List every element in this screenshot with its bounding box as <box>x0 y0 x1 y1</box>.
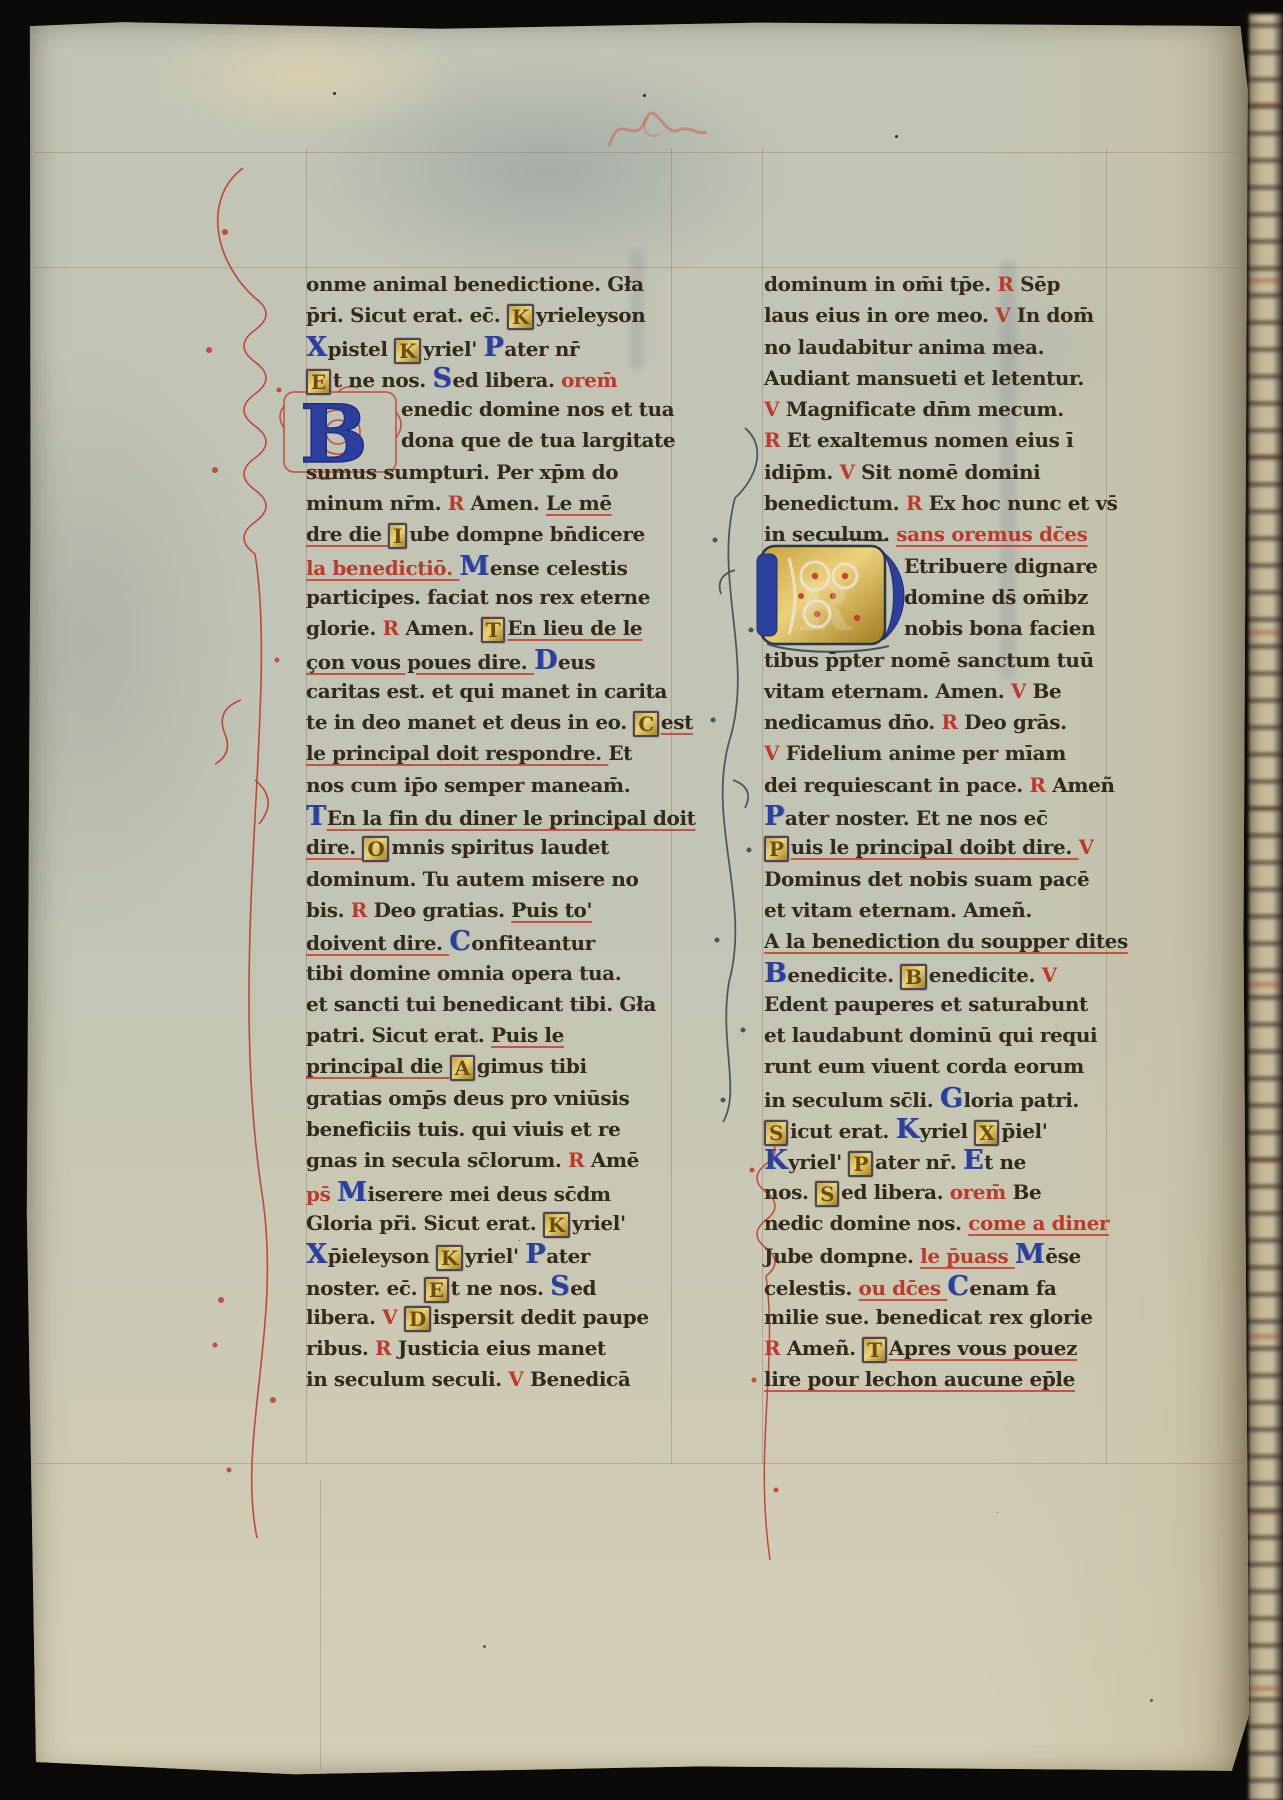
manuscript-text: dre die <box>306 522 388 546</box>
manuscript-text: in seculum sc̄li. <box>764 1088 940 1112</box>
gold-initial: E <box>424 1277 449 1303</box>
text-line: doivent dire. Confiteantur <box>306 926 678 957</box>
manuscript-text: et sancti tui benedicant tibi. Gła <box>306 992 656 1016</box>
manuscript-text: Dominus det nobis suam pacē <box>764 867 1089 891</box>
text-column-right: dominum in om̄i tp̄e. R Sēplaus eius in … <box>764 269 1116 1396</box>
gold-initial: P <box>848 1151 873 1177</box>
rubric-text: ps̄ <box>306 1182 337 1206</box>
next-leaf-fore-edge <box>1249 14 1283 1800</box>
manuscript-text: in seculum. <box>764 522 896 546</box>
manuscript-text: Benedicā <box>523 1367 630 1391</box>
text-line: Kyriel' Pater nr̄. Et ne <box>764 1145 1116 1176</box>
manuscript-text: ater nr̄. <box>875 1150 963 1174</box>
text-line: et vitam eternam. Ameñ. <box>764 895 1116 926</box>
gold-initial: K <box>394 338 421 364</box>
text-line: dre die Iube dompne bn̄dicere <box>306 519 678 550</box>
manuscript-text: noster. ec̄. <box>306 1276 424 1300</box>
text-line: Sicut erat. Kyriel Xp̄iel' <box>764 1114 1116 1145</box>
manuscript-text: libera. <box>306 1305 382 1329</box>
manuscript-text: ater nr̄ <box>504 337 579 361</box>
manuscript-text: pistel <box>328 337 395 361</box>
blue-initial: P <box>525 1239 545 1270</box>
manuscript-text: icut erat. <box>790 1119 896 1143</box>
cadel-stem <box>723 498 738 1122</box>
gold-initial: K <box>436 1245 463 1271</box>
text-line: Et ne nos. Sed libera. orem̄ <box>306 363 678 394</box>
manuscript-text: nos cum ip̄o semper maneam̄. <box>306 773 630 797</box>
text-line: TEn la fin du diner le principal doit <box>306 801 678 832</box>
manuscript-text: Amen. <box>399 616 481 640</box>
rubric-text: R <box>351 898 367 922</box>
manuscript-text: Et exaltemus nomen eius ī <box>780 428 1073 452</box>
manuscript-text: milie sue. benedicat rex glorie <box>764 1305 1093 1329</box>
rubric-text: V <box>764 741 779 765</box>
rubric-text: V <box>1011 679 1026 703</box>
rubric-text: V <box>1042 963 1057 987</box>
manuscript-text: eus <box>558 650 595 674</box>
text-line: Jube dompne. le p̄uass Mēse <box>764 1239 1116 1270</box>
text-line: domine ds̄ om̄ibz <box>764 582 1116 613</box>
text-line: R Et exaltemus nomen eius ī <box>764 425 1116 456</box>
rubric-text: V <box>995 303 1010 327</box>
gold-initial: C <box>633 711 659 737</box>
manuscript-text: Magnificate dn̄m mecum. <box>779 397 1064 421</box>
rubric-text: R <box>375 1336 391 1360</box>
manuscript-text: gnas in secula sc̄lorum. <box>306 1148 568 1172</box>
manuscript-text: caritas est. et qui manet in carita <box>306 679 667 703</box>
parchment-crease <box>320 1480 321 1770</box>
blue-initial: C <box>449 926 470 957</box>
gold-initial: S <box>764 1120 788 1146</box>
manuscript-text: doivent dire. <box>306 931 449 955</box>
gold-initial: E <box>306 369 331 395</box>
manuscript-text: çon vous poues dire. <box>306 650 534 674</box>
rubric-text: ou dc̄es <box>859 1276 948 1300</box>
text-line: Audiant mansueti et letentur. <box>764 363 1116 394</box>
red-chalk-stroke <box>609 113 707 146</box>
manuscript-text: t ne nos. <box>333 368 433 392</box>
manuscript-text: participes. faciat nos rex eterne <box>306 585 650 609</box>
manuscript-text: te in deo manet et deus in eo. <box>306 710 633 734</box>
manuscript-text: En la fin du diner le principal doit <box>327 806 696 830</box>
manuscript-text: Amen. <box>464 491 546 515</box>
blue-initial: M <box>337 1177 367 1208</box>
text-column-left: onme animal benedictione. Głap̄ri. Sicut… <box>306 269 678 1396</box>
manuscript-text: dominum in om̄i tp̄e. <box>764 272 997 296</box>
manuscript-text: Etribuere dignare <box>904 554 1098 578</box>
text-line: Gloria pr̄i. Sicut erat. Kyriel' <box>306 1208 678 1239</box>
manuscript-text: tibi domine omnia opera tua. <box>306 961 621 985</box>
text-line: Xp̄ieleyson Kyriel' Pater <box>306 1239 678 1270</box>
manuscript-text: beneficiis tuis. qui viuis et re <box>306 1117 620 1141</box>
rubric-text: R <box>997 272 1013 296</box>
manuscript-text: domine ds̄ om̄ibz <box>904 585 1088 609</box>
text-line: V Magnificate dn̄m mecum. <box>764 394 1116 425</box>
filigree-sprig <box>215 700 241 764</box>
text-line: in seculum sc̄li. Gloria patri. <box>764 1083 1116 1114</box>
manuscript-text: En lieu de le <box>507 616 642 640</box>
manuscript-text: Puis le <box>491 1023 564 1047</box>
manuscript-text: Deo grās. <box>958 710 1067 734</box>
text-line: Pater noster. Et ne nos ec̄ <box>764 801 1116 832</box>
text-line: enedic domine nos et tua <box>306 394 678 425</box>
manuscript-text: enedicite. <box>929 963 1042 987</box>
blue-initial: P <box>484 332 504 363</box>
manuscript-text: p̄ieleyson <box>328 1244 436 1268</box>
manuscript-text: Edent pauperes et saturabunt <box>764 992 1088 1016</box>
filigree-chain <box>244 298 266 554</box>
text-line: milie sue. benedicat rex glorie <box>764 1302 1116 1333</box>
cadel-hook <box>735 428 757 498</box>
rubric-text: sans oremus dc̄es <box>896 522 1087 546</box>
text-line: Benedicite. Benedicite. V <box>764 958 1116 989</box>
text-line: p̄ri. Sicut erat. ec̄. Kyrieleyson <box>306 300 678 331</box>
rubric-text: le p̄uass <box>920 1244 1015 1268</box>
rubric-text: R <box>764 428 780 452</box>
manuscript-text: Jube dompne. <box>764 1244 920 1268</box>
gold-initial: D <box>404 1306 431 1332</box>
manuscript-text: enam fa <box>969 1276 1056 1300</box>
manuscript-text: mnis spiritus laudet <box>391 835 609 859</box>
rubric-text: V <box>508 1367 523 1391</box>
manuscript-text: ater noster. Et ne nos ec̄ <box>785 806 1048 830</box>
text-line: in seculum seculi. V Benedicā <box>306 1364 678 1395</box>
text-line: dominum in om̄i tp̄e. R Sēp <box>764 269 1116 300</box>
blue-initial: K <box>764 1145 787 1176</box>
manuscript-text: et laudabunt dominū qui requi <box>764 1023 1097 1047</box>
text-line: minum nr̄m. R Amen. Le mē <box>306 488 678 519</box>
manuscript-text: idip̄m. <box>764 460 839 484</box>
rubric-text: orem̄ <box>561 368 617 392</box>
penwork-filigree-left <box>185 140 315 1570</box>
text-line: Dominus det nobis suam pacē <box>764 864 1116 895</box>
manuscript-text: gimus tibi <box>477 1054 587 1078</box>
gold-initial: A <box>450 1055 475 1081</box>
manuscript-text: vitam eternam. Amen. <box>764 679 1011 703</box>
manuscript-text: ribus. <box>306 1336 375 1360</box>
text-line: le principal doit respondre. Et <box>306 738 678 769</box>
cadel-leaf <box>720 570 735 594</box>
manuscript-text: dire. <box>306 835 362 859</box>
ink-speck <box>333 92 336 95</box>
rubric-text: R <box>383 616 399 640</box>
text-line: V Fidelium anime per mīam <box>764 738 1116 769</box>
manuscript-text: est <box>661 710 693 734</box>
text-line: lire pour lechon aucune ep̄le <box>764 1364 1116 1395</box>
gold-initial: K <box>543 1212 570 1238</box>
manuscript-text: lire pour lechon aucune ep̄le <box>764 1367 1075 1391</box>
manuscript-text: ēse <box>1045 1244 1081 1268</box>
manuscript-text: dei requiescant in pace. <box>764 773 1029 797</box>
manuscript-text: Deo gratias. <box>367 898 511 922</box>
manuscript-text: yriel <box>920 1119 975 1143</box>
text-line: nedic domine nos. come a diner <box>764 1208 1116 1239</box>
manuscript-text: enedic domine nos et tua <box>401 397 674 421</box>
manuscript-text: ater <box>546 1244 590 1268</box>
manuscript-text: p̄iel' <box>1001 1119 1047 1143</box>
manuscript-text: dona que de tua largitate <box>401 428 675 452</box>
blue-initial: S <box>550 1271 569 1302</box>
manuscript-text: yriel' <box>572 1211 626 1235</box>
manuscript-text: tibus p̄pter nomē sanctum tuū <box>764 648 1094 672</box>
manuscript-text: Apres vous pouez <box>889 1336 1077 1360</box>
text-line: patri. Sicut erat. Puis le <box>306 1020 678 1051</box>
text-line: runt eum viuent corda eorum <box>764 1051 1116 1082</box>
filigree-tail <box>249 554 267 1538</box>
manuscript-text: yrieleyson <box>536 303 646 327</box>
text-line: et sancti tui benedicant tibi. Gła <box>306 989 678 1020</box>
blue-initial: B <box>764 958 786 989</box>
rubric-text: V <box>382 1305 397 1329</box>
manuscript-text: ed libera. <box>841 1180 950 1204</box>
text-line: glorie. R Amen. TEn lieu de le <box>306 613 678 644</box>
manuscript-text: In dom̄ <box>1010 303 1094 327</box>
manuscript-text: Audiant mansueti et letentur. <box>764 366 1084 390</box>
manuscript-text: Et <box>608 741 632 765</box>
blue-initial: T <box>306 801 326 832</box>
manuscript-text: ed libera. <box>452 368 561 392</box>
manuscript-text: ispersit dedit paupe <box>433 1305 649 1329</box>
text-line: dona que de tua largitate <box>306 425 678 456</box>
gold-initial: X <box>974 1120 999 1146</box>
manuscript-text: minum nr̄m. <box>306 491 448 515</box>
gold-initial: B <box>900 964 927 990</box>
manuscript-text: celestis. <box>764 1276 859 1300</box>
red-chalk-inscription <box>595 88 715 163</box>
gold-initial: O <box>362 836 389 862</box>
manuscript-text: Be <box>1006 1180 1041 1204</box>
manuscript-text: loria patri. <box>964 1088 1079 1112</box>
text-line: beneficiis tuis. qui viuis et re <box>306 1114 678 1145</box>
manuscript-text: dominum. Tu autem misere no <box>306 867 638 891</box>
manuscript-text: onfiteantur <box>471 931 594 955</box>
text-line: libera. V Dispersit dedit paupe <box>306 1302 678 1333</box>
gold-initial: K <box>507 304 534 330</box>
blue-initial: C <box>947 1271 968 1302</box>
manuscript-text: Be <box>1026 679 1061 703</box>
text-line: principal die Agimus tibi <box>306 1051 678 1082</box>
manuscript-text: enedicite. <box>787 963 900 987</box>
manuscript-text: glorie. <box>306 616 383 640</box>
manuscript-text: le principal doit respondre. <box>306 741 608 765</box>
manuscript-text: laus eius in ore meo. <box>764 303 995 327</box>
text-line: idip̄m. V Sit nomē domini <box>764 457 1116 488</box>
gold-initial: S <box>815 1181 839 1207</box>
manuscript-text: A la benediction du soupper dites <box>764 929 1128 953</box>
text-line: A la benediction du soupper dites <box>764 926 1116 957</box>
manuscript-text: principal die <box>306 1054 450 1078</box>
text-line: tibi domine omnia opera tua. <box>306 958 678 989</box>
text-line: in seculum. sans oremus dc̄es <box>764 519 1116 550</box>
text-line: caritas est. et qui manet in carita <box>306 676 678 707</box>
gold-initial: T <box>862 1337 886 1363</box>
manuscript-text: runt eum viuent corda eorum <box>764 1054 1084 1078</box>
rubric-text: R <box>568 1148 584 1172</box>
text-line: ps̄ Miserere mei deus sc̄dm <box>306 1177 678 1208</box>
rubric-text: la benedictiō. <box>306 556 459 580</box>
manuscript-text: Sit nomē domini <box>855 460 1041 484</box>
text-line: participes. faciat nos rex eterne <box>306 582 678 613</box>
text-line: nos cum ip̄o semper maneam̄. <box>306 770 678 801</box>
text-line: nos. Sed libera. orem̄ Be <box>764 1177 1116 1208</box>
rubric-text: R <box>448 491 464 515</box>
blue-initial: S <box>432 363 451 394</box>
text-line: ribus. R Justicia eius manet <box>306 1333 678 1364</box>
blue-initial: P <box>764 801 784 832</box>
rubric-text: R <box>906 491 922 515</box>
manuscript-text: sumus sumpturi. Per xp̄m do <box>306 460 618 484</box>
manuscript-text: Ameñ <box>1046 773 1115 797</box>
text-line: nobis bona facien <box>764 613 1116 644</box>
manuscript-text: yriel' <box>788 1150 848 1174</box>
text-line: dei requiescant in pace. R Ameñ <box>764 770 1116 801</box>
manuscript-text: Fidelium anime per mīam <box>779 741 1066 765</box>
blue-initial: G <box>940 1083 963 1114</box>
manuscript-text: bis. <box>306 898 351 922</box>
text-line: bis. R Deo gratias. Puis to' <box>306 895 678 926</box>
blue-initial: M <box>1015 1239 1045 1270</box>
text-line: no laudabitur anima mea. <box>764 332 1116 363</box>
rubric-text: R <box>764 1336 780 1360</box>
manuscript-text: in seculum seculi. <box>306 1367 508 1391</box>
text-line: çon vous poues dire. Deus <box>306 645 678 676</box>
text-line: Xpistel Kyriel' Pater nr̄ <box>306 332 678 363</box>
text-line: vitam eternam. Amen. V Be <box>764 676 1116 707</box>
manuscript-text: Gloria pr̄i. Sicut erat. <box>306 1211 543 1235</box>
rubric-text: V <box>839 460 854 484</box>
text-line: R Ameñ. TApres vous pouez <box>764 1333 1116 1364</box>
rubric-text: V <box>1079 835 1094 859</box>
manuscript-text: ed <box>570 1276 596 1300</box>
manuscript-text: yriel' <box>423 337 483 361</box>
manuscript-text: Ex hoc nunc et vs̄ <box>922 491 1118 515</box>
text-line: tibus p̄pter nomē sanctum tuū <box>764 645 1116 676</box>
text-line: gnas in secula sc̄lorum. R Amē <box>306 1145 678 1176</box>
rubric-text: R <box>1029 773 1045 797</box>
manuscript-text: onme animal benedictione. Gła <box>306 272 644 296</box>
text-line: onme animal benedictione. Gła <box>306 269 678 300</box>
manuscript-text: t ne <box>984 1150 1026 1174</box>
manuscript-text: ube dompne bn̄dicere <box>409 522 645 546</box>
cadel-leaf <box>733 780 748 808</box>
blue-initial: X <box>306 332 327 363</box>
manuscript-text: nedic domine nos. <box>764 1211 968 1235</box>
manuscript-text: nobis bona facien <box>904 616 1095 640</box>
gold-initial: T <box>481 617 505 643</box>
text-line: te in deo manet et deus in eo. Cest <box>306 707 678 738</box>
text-line: laus eius in ore meo. V In dom̄ <box>764 300 1116 331</box>
rubric-text: come a diner <box>968 1211 1109 1235</box>
manuscript-text: uis le principal doibt dire. <box>791 835 1079 859</box>
text-line: dire. Omnis spiritus laudet <box>306 832 678 863</box>
blue-initial: X <box>306 1239 327 1270</box>
manuscript-text: Le mē <box>546 491 612 515</box>
text-line: et laudabunt dominū qui requi <box>764 1020 1116 1051</box>
manuscript-text: Ameñ. <box>780 1336 862 1360</box>
manuscript-text: p̄ri. Sicut erat. ec̄. <box>306 303 507 327</box>
text-line: dominum. Tu autem misere no <box>306 864 678 895</box>
gold-initial: P <box>764 836 789 862</box>
manuscript-text: iserere mei deus sc̄dm <box>368 1182 611 1206</box>
text-line: sumus sumpturi. Per xp̄m do <box>306 457 678 488</box>
text-line: noster. ec̄. Et ne nos. Sed <box>306 1271 678 1302</box>
rubric-text: R <box>941 710 957 734</box>
manuscript-text: nedicamus dn̄o. <box>764 710 941 734</box>
manuscript-text: et vitam eternam. Ameñ. <box>764 898 1032 922</box>
manuscript-text: yriel' <box>465 1244 525 1268</box>
manuscript-text: Puis to' <box>511 898 592 922</box>
manuscript-text <box>397 1305 404 1329</box>
rubric-text: V <box>764 397 779 421</box>
text-line: nedicamus dn̄o. R Deo grās. <box>764 707 1116 738</box>
manuscript-text: patri. Sicut erat. <box>306 1023 491 1047</box>
blue-initial: D <box>534 645 557 676</box>
rubric-text: orem̄ <box>950 1180 1006 1204</box>
text-line: Puis le principal doibt dire. V <box>764 832 1116 863</box>
manuscript-text: benedictum. <box>764 491 906 515</box>
manuscript-text: Amē <box>584 1148 639 1172</box>
manuscript-text: gratias omp̄s deus pro vniūsis <box>306 1086 629 1110</box>
manuscript-text: Sēp <box>1014 272 1061 296</box>
manuscript-text: Justicia eius manet <box>391 1336 605 1360</box>
gold-initial: I <box>388 523 407 549</box>
text-line: la benedictiō. Mense celestis <box>306 551 678 582</box>
text-line: celestis. ou dc̄es Cenam fa <box>764 1271 1116 1302</box>
manuscript-text: no laudabitur anima mea. <box>764 335 1044 359</box>
text-line: Edent pauperes et saturabunt <box>764 989 1116 1020</box>
text-line: Etribuere dignare <box>764 551 1116 582</box>
blue-initial: M <box>459 551 489 582</box>
blue-initial: E <box>963 1145 983 1176</box>
text-line: benedictum. R Ex hoc nunc et vs̄ <box>764 488 1116 519</box>
blue-initial: K <box>896 1114 919 1145</box>
manuscript-text: t ne nos. <box>451 1276 551 1300</box>
text-line: gratias omp̄s deus pro vniūsis <box>306 1083 678 1114</box>
manuscript-text: nos. <box>764 1180 815 1204</box>
manuscript-photo: { "palette":{"ink":"#332a1d","rubric_red… <box>0 0 1283 1800</box>
manuscript-text: ense celestis <box>490 556 628 580</box>
